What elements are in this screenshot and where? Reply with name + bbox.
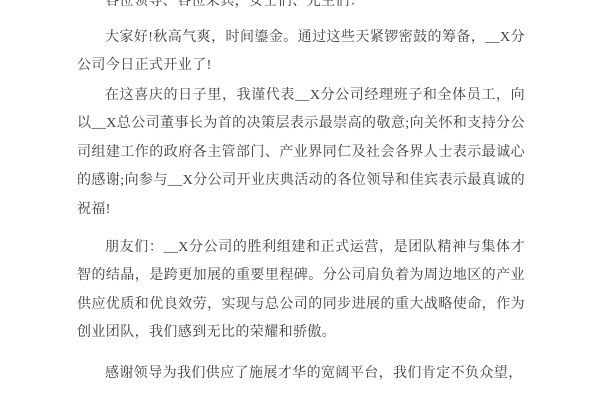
paragraph-closing-partial: 感谢领导为我们供应了施展才华的宽阔平台，我们肯定不负众望，	[77, 360, 525, 388]
paragraph-body: 朋友们：__X分公司的胜利组建和正式运营，是团队精神与集体才智的结晶，是跨更加展…	[77, 234, 525, 348]
paragraph-thanks: 在这喜庆的日子里，我谨代表__X分公司经理班子和全体员工，向以__X总公司董事长…	[77, 82, 525, 224]
document-page: 各位领导、各位来宾，女士们、先生们： 大家好!秋高气爽，时间鎏金。通过这些天紧锣…	[0, 0, 600, 400]
paragraph-salutation: 各位领导、各位来宾，女士们、先生们：	[77, 0, 525, 16]
paragraph-opening: 大家好!秋高气爽，时间鎏金。通过这些天紧锣密鼓的筹备，__X分公司今日正式开业了…	[77, 24, 525, 81]
